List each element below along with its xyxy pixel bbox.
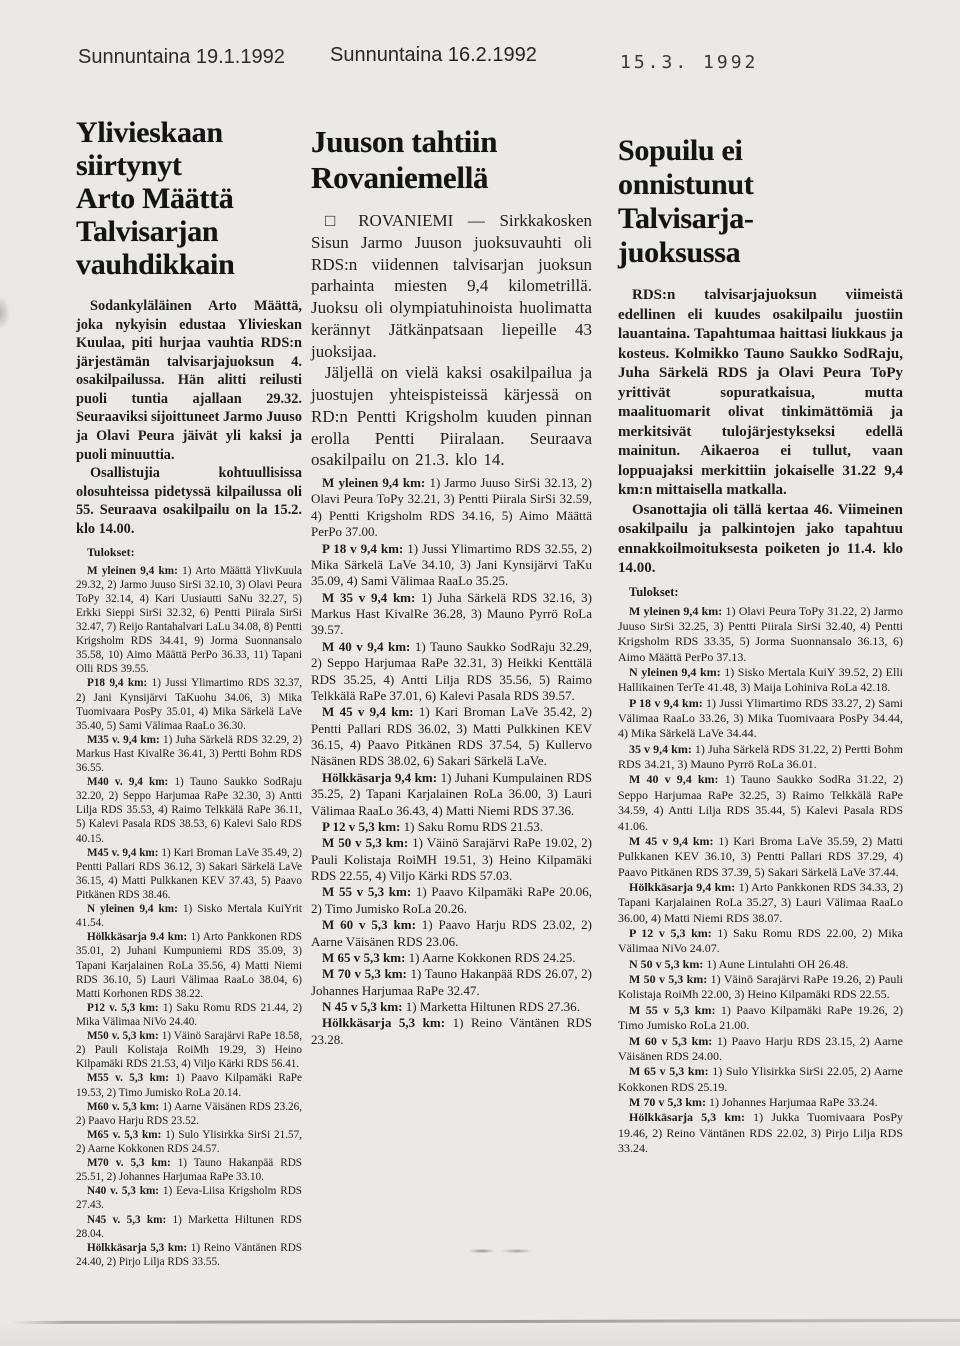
article-column-2: Juuson tahtiinRovaniemellä □ ROVANIEMI —… xyxy=(311,124,592,1048)
result-category-label: M 45 v 9,4 km: xyxy=(629,834,718,848)
result-entry: P 18 v 9,4 km:1) Jussi Ylimartimo RDS 33… xyxy=(618,696,903,742)
result-category-label: Hölkkäsarja 9,4 km: xyxy=(629,880,739,894)
page-date-3: 15.3. 1992 xyxy=(620,52,758,73)
result-category-label: N45 v. 5,3 km: xyxy=(87,1214,172,1226)
result-text: 1) Aune Lintulahti OH 26.48. xyxy=(706,957,848,971)
result-category-label: N 45 v 5,3 km: xyxy=(322,999,406,1014)
article-2-body: □ ROVANIEMI — Sirkkakosken Sisun Jarmo J… xyxy=(311,210,592,471)
result-category-label: P18 9,4 km: xyxy=(87,677,152,689)
result-category-label: P12 v. 5,3 km: xyxy=(87,1002,163,1014)
result-category-label: M 60 v 5,3 km: xyxy=(322,917,422,932)
article-3-results: M yleinen 9,4 km:1) Olavi Peura ToPy 31.… xyxy=(618,604,903,1157)
result-category-label: Hölkkäsarja 5,3 km: xyxy=(322,1015,453,1030)
result-entry: M50 v. 5,3 km:1) Väinö Sarajärvi RaPe 18… xyxy=(76,1029,302,1071)
result-entry: M 45 v 9,4 km:1) Kari Broman LaVe 35.42,… xyxy=(311,704,592,770)
result-category-label: M 65 v 5,3 km: xyxy=(322,950,409,965)
result-category-label: M 55 v 5,3 km: xyxy=(322,884,416,899)
result-text: 1) Marketta Hiltunen RDS 27.36. xyxy=(406,999,580,1014)
result-entry: N yleinen 9,4 km:1) Sisko Mertala KuiY 3… xyxy=(618,665,903,696)
result-category-label: N 50 v 5,3 km: xyxy=(629,957,706,971)
result-category-label: N40 v. 5,3 km: xyxy=(87,1185,163,1197)
result-category-label: M 40 v 9,4 km: xyxy=(322,639,415,654)
result-category-label: Hölkkäsarja 9.4 km: xyxy=(87,931,191,943)
result-category-label: M 40 v 9,4 km: xyxy=(629,772,725,786)
result-category-label: Hölkkäsarja 5,3 km: xyxy=(87,1242,191,1254)
result-category-label: M 70 v 5,3 km: xyxy=(629,1095,709,1109)
result-category-label: P 12 v 5,3 km: xyxy=(322,819,404,834)
result-category-label: M55 v. 5,3 km: xyxy=(87,1072,175,1084)
body-paragraph: □ ROVANIEMI — Sirkkakosken Sisun Jarmo J… xyxy=(311,210,592,362)
result-category-label: P 18 v 9,4 km: xyxy=(322,541,407,556)
result-entry: Hölkkäsarja 5,3 km:1) Reino Väntänen RDS… xyxy=(76,1241,302,1269)
result-entry: M 55 v 5,3 km:1) Paavo Kilpamäki RaPe 20… xyxy=(311,884,592,917)
article-1-headline: YlivieskaansiirtynytArto MäättäTalvisarj… xyxy=(76,116,302,281)
article-column-3: Sopuilu eionnistunutTalvisarja-juoksussa… xyxy=(618,134,903,1156)
result-entry: M 50 v 5,3 km:1) Väinö Sarajärvi RaPe 19… xyxy=(311,835,592,884)
headline-line: siirtynyt xyxy=(76,149,302,182)
result-category-label: P 12 v 5,3 km: xyxy=(629,926,717,940)
result-entry: Hölkkäsarja 9.4 km:1) Arto Pankkonen RDS… xyxy=(76,930,302,1001)
result-entry: M yleinen 9,4 km:1) Olavi Peura ToPy 31.… xyxy=(618,604,903,665)
newspaper-page: Sunnuntaina 19.1.1992 Sunnuntaina 16.2.1… xyxy=(0,0,960,1346)
results-heading: Tulokset: xyxy=(618,585,903,600)
result-entry: N 45 v 5,3 km:1) Marketta Hiltunen RDS 2… xyxy=(311,999,592,1015)
result-text: 1) Saku Romu RDS 21.53. xyxy=(404,819,543,834)
result-category-label: M70 v. 5,3 km: xyxy=(87,1157,178,1169)
result-entry: M70 v. 5,3 km:1) Tauno Hakanpää RDS 25.5… xyxy=(76,1156,302,1184)
result-category-label: M 60 v 5,3 km: xyxy=(629,1034,717,1048)
result-entry: P 12 v 5,3 km:1) Saku Romu RDS 22.00, 2)… xyxy=(618,926,903,957)
result-entry: M45 v. 9,4 km:1) Kari Broman LaVe 35.49,… xyxy=(76,846,302,902)
result-entry: M35 v. 9,4 km:1) Juha Särkelä RDS 32.29,… xyxy=(76,733,302,775)
result-entry: M40 v. 9,4 km:1) Tauno Saukko SodRaju 32… xyxy=(76,775,302,846)
headline-line: Ylivieskaan xyxy=(76,116,302,149)
page-date-1: Sunnuntaina 19.1.1992 xyxy=(78,46,285,69)
result-entry: M65 v. 5,3 km:1) Sulo Ylisirkka SirSi 21… xyxy=(76,1128,302,1156)
result-entry: M 60 v 5,3 km:1) Paavo Harju RDS 23.15, … xyxy=(618,1034,903,1065)
page-date-2: Sunnuntaina 16.2.1992 xyxy=(330,44,537,67)
result-entry: M 45 v 9,4 km:1) Kari Broma LaVe 35.59, … xyxy=(618,834,903,880)
result-entry: M 40 v 9,4 km:1) Tauno Saukko SodRa 31.2… xyxy=(618,772,903,833)
body-paragraph: Sodankyläläinen Arto Määttä, joka nykyis… xyxy=(76,297,302,464)
result-category-label: M yleinen 9,4 km: xyxy=(322,475,429,490)
article-3-body: RDS:n talvisarjajuoksun viimeistä edelli… xyxy=(618,286,903,579)
article-column-1: YlivieskaansiirtynytArto MäättäTalvisarj… xyxy=(76,116,302,1269)
article-3-headline: Sopuilu eionnistunutTalvisarja-juoksussa xyxy=(618,134,903,270)
results-heading: Tulokset: xyxy=(76,545,302,560)
result-category-label: M 65 v 5,3 km: xyxy=(629,1064,712,1078)
result-category-label: M yleinen 9,4 km: xyxy=(629,604,726,618)
body-paragraph: Osanottajia oli tällä kertaa 46. Viimein… xyxy=(618,501,903,579)
result-entry: M 55 v 5,3 km:1) Paavo Kilpamäki RaPe 19… xyxy=(618,1003,903,1034)
result-category-label: M45 v. 9,4 km: xyxy=(87,847,161,859)
result-category-label: M60 v. 5,3 km: xyxy=(87,1101,162,1113)
result-entry: P12 v. 5,3 km:1) Saku Romu RDS 21.44, 2)… xyxy=(76,1001,302,1029)
result-entry: M 70 v 5,3 km:1) Tauno Hakanpää RDS 26.0… xyxy=(311,966,592,999)
result-category-label: 35 v 9,4 km: xyxy=(629,742,695,756)
result-category-label: M40 v. 9,4 km: xyxy=(87,776,174,788)
scan-artifact-dash xyxy=(468,1248,538,1254)
result-text: 1) Arto Määttä YlivKuula 29.32, 2) Jarmo… xyxy=(76,565,302,676)
headline-line: onnistunut xyxy=(618,168,903,202)
result-category-label: M 45 v 9,4 km: xyxy=(322,704,419,719)
headline-line: Juuson tahtiin xyxy=(311,124,592,160)
result-entry: M 35 v 9,4 km:1) Juha Särkelä RDS 32.16,… xyxy=(311,590,592,639)
body-paragraph: Osallistujia kohtuullisissa olosuhteissa… xyxy=(76,464,302,538)
result-category-label: Hölkkäsarja 9,4 km: xyxy=(322,770,441,785)
result-entry: M 40 v 9,4 km:1) Tauno Saukko SodRaju 32… xyxy=(311,639,592,705)
result-category-label: M 50 v 5,3 km: xyxy=(629,972,711,986)
result-entry: M60 v. 5,3 km:1) Aarne Väisänen RDS 23.2… xyxy=(76,1100,302,1128)
headline-line: Sopuilu ei xyxy=(618,134,903,168)
result-entry: P 18 v 9,4 km:1) Jussi Ylimartimo RDS 32… xyxy=(311,541,592,590)
result-entry: Hölkkäsarja 5,3 km:1) Reino Väntänen RDS… xyxy=(311,1015,592,1048)
result-entry: N40 v. 5,3 km:1) Eeva-Liisa Krigsholm RD… xyxy=(76,1184,302,1212)
result-category-label: N yleinen 9,4 km: xyxy=(629,665,724,679)
result-category-label: M65 v. 5,3 km: xyxy=(87,1129,165,1141)
body-paragraph: RDS:n talvisarjajuoksun viimeistä edelli… xyxy=(618,286,903,501)
result-entry: M 60 v 5,3 km:1) Paavo Harju RDS 23.02, … xyxy=(311,917,592,950)
result-category-label: M35 v. 9,4 km: xyxy=(87,734,163,746)
result-entry: N yleinen 9,4 km:1) Sisko Mertala KuiYri… xyxy=(76,902,302,930)
article-2-results: M yleinen 9,4 km:1) Jarmo Juuso SirSi 32… xyxy=(311,475,592,1048)
result-category-label: M 35 v 9,4 km: xyxy=(322,590,421,605)
result-category-label: M50 v. 5,3 km: xyxy=(87,1030,162,1042)
body-paragraph: Jäljellä on vielä kaksi osakilpailua ja … xyxy=(311,362,592,471)
result-entry: 35 v 9,4 km:1) Juha Särkelä RDS 31.22, 2… xyxy=(618,742,903,773)
result-category-label: M 50 v 5,3 km: xyxy=(322,835,412,850)
article-1-results: M yleinen 9,4 km:1) Arto Määttä YlivKuul… xyxy=(76,564,302,1269)
result-entry: M55 v. 5,3 km:1) Paavo Kilpamäki RaPe 19… xyxy=(76,1071,302,1099)
result-entry: M 65 v 5,3 km:1) Sulo Ylisirkka SirSi 22… xyxy=(618,1064,903,1095)
result-entry: N 50 v 5,3 km:1) Aune Lintulahti OH 26.4… xyxy=(618,957,903,972)
result-entry: M 50 v 5,3 km:1) Väinö Sarajärvi RaPe 19… xyxy=(618,972,903,1003)
result-entry: P18 9,4 km:1) Jussi Ylimartimo RDS 32.37… xyxy=(76,676,302,732)
headline-line: vauhdikkain xyxy=(76,248,302,281)
article-2-headline: Juuson tahtiinRovaniemellä xyxy=(311,124,592,196)
result-category-label: P 18 v 9,4 km: xyxy=(629,696,706,710)
result-category-label: M yleinen 9,4 km: xyxy=(87,565,182,577)
result-entry: M 65 v 5,3 km:1) Aarne Kokkonen RDS 24.2… xyxy=(311,950,592,966)
result-entry: N45 v. 5,3 km:1) Marketta Hiltunen RDS 2… xyxy=(76,1213,302,1241)
headline-line: Arto Määttä xyxy=(76,182,302,215)
headline-line: Rovaniemellä xyxy=(311,160,592,196)
scan-background-below-edge xyxy=(0,1324,960,1346)
headline-line: juoksussa xyxy=(618,236,903,270)
result-category-label: M 70 v 5,3 km: xyxy=(322,966,410,981)
result-text: 1) Aarne Kokkonen RDS 24.25. xyxy=(409,950,576,965)
result-entry: Hölkkäsarja 9,4 km:1) Arto Pankkonen RDS… xyxy=(618,880,903,926)
result-entry: M yleinen 9,4 km:1) Arto Määttä YlivKuul… xyxy=(76,564,302,677)
result-entry: P 12 v 5,3 km:1) Saku Romu RDS 21.53. xyxy=(311,819,592,835)
result-entry: M yleinen 9,4 km:1) Jarmo Juuso SirSi 32… xyxy=(311,475,592,541)
result-category-label: N yleinen 9,4 km: xyxy=(87,903,183,915)
result-entry: M 70 v 5,3 km:1) Johannes Harjumaa RaPe … xyxy=(618,1095,903,1110)
headline-line: Talvisarjan xyxy=(76,215,302,248)
article-1-body: Sodankyläläinen Arto Määttä, joka nykyis… xyxy=(76,297,302,539)
headline-line: Talvisarja- xyxy=(618,202,903,236)
result-entry: Hölkkäsarja 5,3 km:1) Jukka Tuomivaara P… xyxy=(618,1110,903,1156)
scan-artifact-smudge xyxy=(0,296,10,330)
result-entry: Hölkkäsarja 9,4 km:1) Juhani Kumpulainen… xyxy=(311,770,592,819)
result-category-label: M 55 v 5,3 km: xyxy=(629,1003,721,1017)
result-category-label: Hölkkäsarja 5,3 km: xyxy=(629,1110,753,1124)
result-text: 1) Johannes Harjumaa RaPe 33.24. xyxy=(709,1095,878,1109)
